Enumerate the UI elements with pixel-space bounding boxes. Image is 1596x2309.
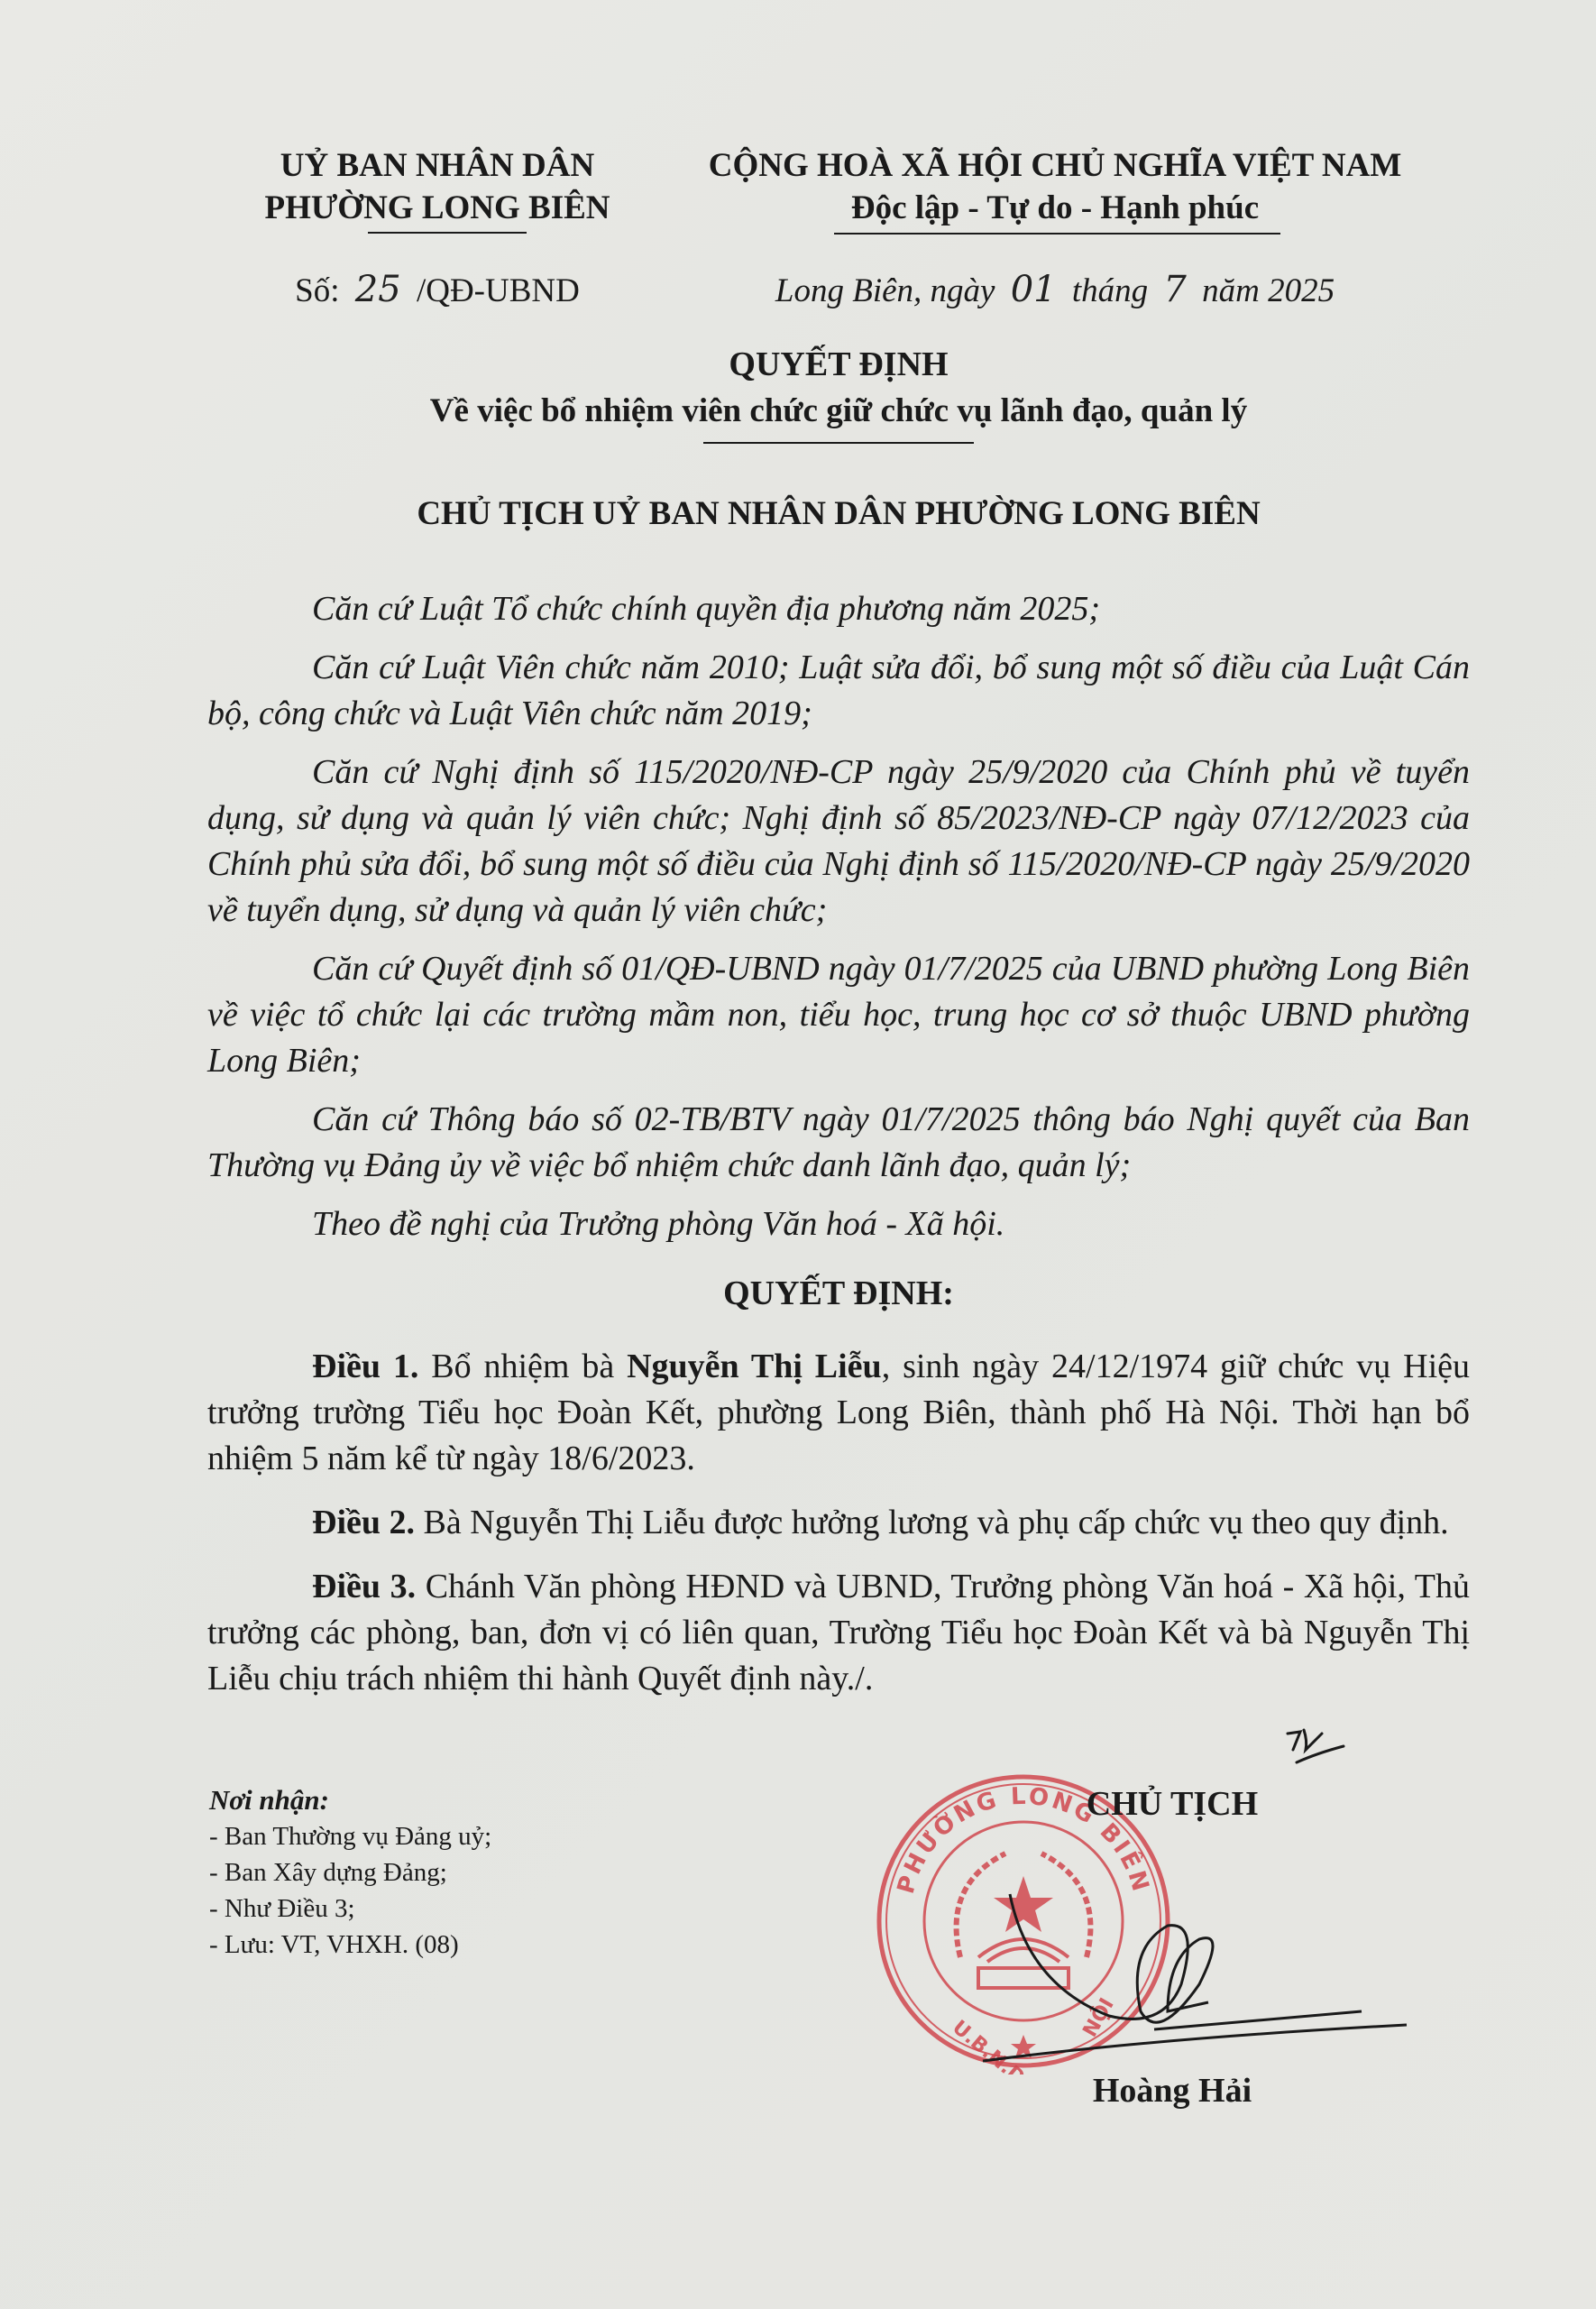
- legal-basis: Căn cứ Thông báo số 02-TB/BTV ngày 01/7/…: [207, 1097, 1470, 1189]
- document-subject: Về việc bổ nhiệm viên chức giữ chức vụ l…: [207, 391, 1470, 430]
- motto-underline: [834, 233, 1280, 235]
- handwritten-signature: [974, 1885, 1443, 2065]
- signatory-title: CHỦ TỊCH: [1037, 1784, 1307, 1824]
- article-1: Điều 1. Bổ nhiệm bà Nguyễn Thị Liễu, sin…: [207, 1344, 1470, 1482]
- legal-basis: Căn cứ Luật Viên chức năm 2010; Luật sửa…: [207, 645, 1470, 737]
- document-date: Long Biên, ngày 01 tháng 7 năm 2025: [667, 269, 1443, 310]
- handwritten-month: 7: [1156, 269, 1193, 310]
- document-title: QUYẾT ĐỊNH: [207, 345, 1470, 384]
- recipient-item: - Như Điều 3;: [209, 1890, 840, 1927]
- recipients-heading: Nơi nhận:: [209, 1782, 840, 1818]
- legal-basis: Căn cứ Nghị định số 115/2020/NĐ-CP ngày …: [207, 750, 1470, 934]
- initial-mark: [1280, 1714, 1353, 1768]
- legal-basis: Căn cứ Quyết định số 01/QĐ-UBND ngày 01/…: [207, 946, 1470, 1084]
- handwritten-day: 01: [1004, 269, 1064, 310]
- signatory-name: Hoàng Hải: [1037, 2071, 1307, 2111]
- recipient-item: - Lưu: VT, VHXH. (08): [209, 1927, 840, 1963]
- proposal: Theo đề nghị của Trưởng phòng Văn hoá - …: [207, 1201, 1470, 1247]
- document-number: Số: 25 /QĐ-UBND: [207, 269, 667, 310]
- recipient-item: - Ban Xây dựng Đảng;: [209, 1854, 840, 1890]
- legal-basis: Căn cứ Luật Tổ chức chính quyền địa phươ…: [207, 586, 1470, 632]
- nation-line-1: CỘNG HOÀ XÃ HỘI CHỦ NGHĨA VIỆT NAM: [667, 144, 1443, 187]
- article-2: Điều 2. Bà Nguyễn Thị Liễu được hưởng lư…: [207, 1500, 1470, 1546]
- issuing-authority: CHỦ TỊCH UỶ BAN NHÂN DÂN PHƯỜNG LONG BIÊ…: [207, 494, 1470, 533]
- agency-underline: [368, 232, 527, 234]
- appointee-name: Nguyễn Thị Liễu: [627, 1348, 882, 1385]
- recipients-block: Nơi nhận: - Ban Thường vụ Đảng uỷ; - Ban…: [209, 1782, 840, 1963]
- article-3: Điều 3. Chánh Văn phòng HĐND và UBND, Tr…: [207, 1564, 1470, 1702]
- motto: Độc lập - Tự do - Hạnh phúc: [667, 187, 1443, 229]
- issuing-agency: UỶ BAN NHÂN DÂN PHƯỜNG LONG BIÊN: [207, 144, 667, 229]
- recipient-item: - Ban Thường vụ Đảng uỷ;: [209, 1818, 840, 1854]
- document-body: Căn cứ Luật Tổ chức chính quyền địa phươ…: [207, 586, 1470, 1720]
- handwritten-number: 25: [348, 269, 408, 310]
- subject-underline: [703, 442, 974, 444]
- national-title: CỘNG HOÀ XÃ HỘI CHỦ NGHĨA VIỆT NAM Độc l…: [667, 144, 1443, 229]
- decision-heading: QUYẾT ĐỊNH:: [207, 1271, 1470, 1317]
- agency-line-1: UỶ BAN NHÂN DÂN: [207, 144, 667, 187]
- agency-line-2: PHƯỜNG LONG BIÊN: [207, 187, 667, 229]
